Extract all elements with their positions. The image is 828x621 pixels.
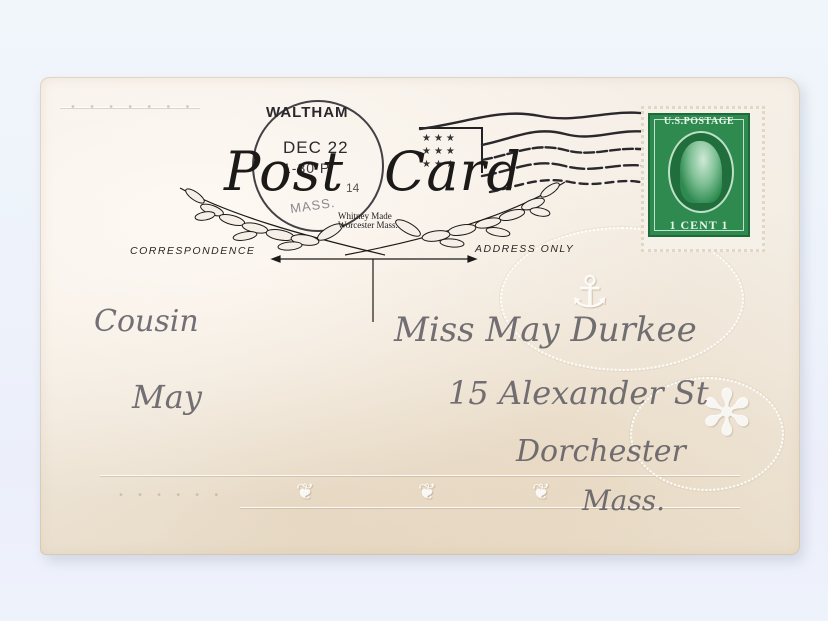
handwriting-may: May bbox=[132, 378, 202, 416]
stamp-top-text: U.S.POSTAGE bbox=[648, 116, 750, 127]
title-post: Post bbox=[224, 140, 344, 203]
handwriting-cousin: Cousin bbox=[94, 304, 199, 339]
address-only-label: ADDRESS ONLY bbox=[475, 243, 574, 255]
washington-portrait-icon bbox=[680, 141, 722, 203]
handwriting-address-name: Miss May Durkee bbox=[394, 310, 697, 350]
maker-line-2: Worcester Mass. bbox=[338, 221, 398, 230]
handwriting-address-state: Mass. bbox=[582, 484, 665, 517]
stamp-value-text: 1 CENT 1 bbox=[648, 218, 750, 233]
handwriting-address-street: 15 Alexander St bbox=[448, 374, 709, 412]
correspondence-label: CORRESPONDENCE bbox=[130, 245, 255, 257]
handwriting-address-city: Dorchester bbox=[516, 434, 686, 469]
title-card: Card bbox=[384, 140, 522, 203]
maker-imprint: Whitney Made Worcester Mass. bbox=[338, 212, 398, 230]
postage-stamp: U.S.POSTAGE 1 CENT 1 bbox=[648, 113, 750, 237]
postcard-title: PostCard bbox=[224, 140, 522, 203]
